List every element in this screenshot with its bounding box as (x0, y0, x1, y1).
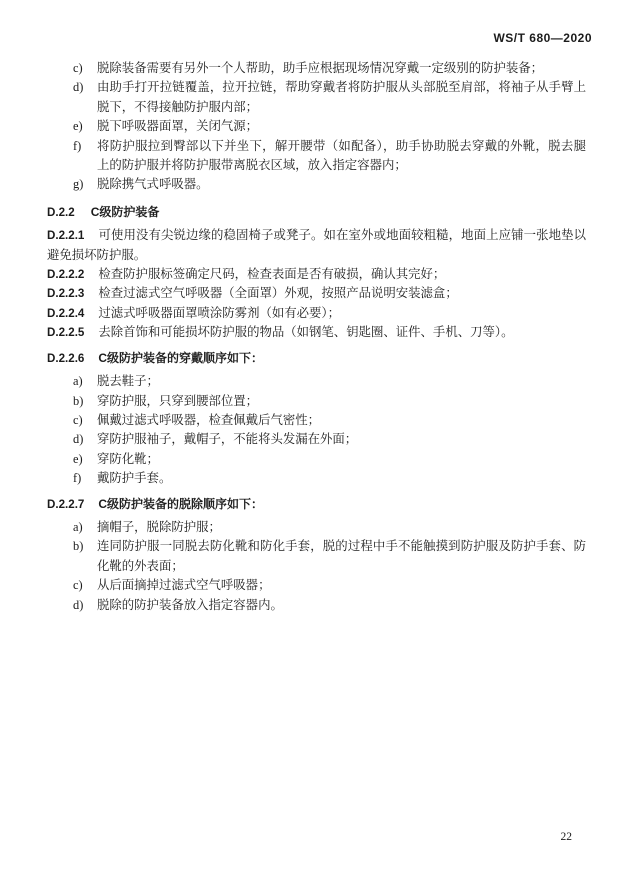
clause-text: 检查过滤式空气呼吸器（全面罩）外观，按照产品说明安装滤盒； (98, 286, 457, 300)
clause-number: D.2.2.1 (47, 229, 84, 242)
list-item: b) 穿防护服，只穿到腰部位置； (47, 392, 586, 411)
list-item-label: d) (73, 596, 83, 615)
donning-steps-list: a) 脱去鞋子； b) 穿防护服，只穿到腰部位置； c) 佩戴过滤式呼吸器，检查… (47, 372, 586, 488)
list-item-text: 脱除装备需要有另外一个人帮助，助手应根据现场情况穿戴一定级别的防护装备； (97, 61, 543, 75)
list-item-text: 穿防护服，只穿到腰部位置； (97, 394, 258, 408)
list-item: d) 脱除的防护装备放入指定容器内。 (47, 596, 586, 615)
clause-paragraph: D.2.2.1可使用没有尖锐边缘的稳固椅子或凳子。如在室外或地面较粗糙，地面上应… (47, 226, 586, 265)
list-item-label: f) (73, 469, 81, 488)
clause-paragraph: D.2.2.3检查过滤式空气呼吸器（全面罩）外观，按照产品说明安装滤盒； (47, 284, 586, 303)
list-item-text: 戴防护手套。 (97, 471, 171, 485)
list-item-text: 脱除的防护装备放入指定容器内。 (97, 598, 283, 612)
list-item: a) 摘帽子，脱除防护服； (47, 518, 586, 537)
list-item-label: c) (73, 411, 83, 430)
standard-code-header: WS/T 680—2020 (493, 31, 592, 45)
clause-text: 检查防护服标签确定尺码，检查表面是否有破损，确认其完好； (98, 267, 445, 281)
list-item-text: 脱除携气式呼吸器。 (97, 177, 209, 191)
list-item: c) 脱除装备需要有另外一个人帮助，助手应根据现场情况穿戴一定级别的防护装备； (47, 59, 586, 78)
clause-text: 过滤式呼吸器面罩喷涂防雾剂（如有必要）； (98, 306, 340, 320)
list-item: e) 穿防化靴； (47, 450, 586, 469)
list-item: f) 戴防护手套。 (47, 469, 586, 488)
clause-number: D.2.2.3 (47, 287, 84, 300)
clause-text: 去除首饰和可能损坏防护服的物品（如钢笔、钥匙圈、证件、手机、刀等）。 (98, 325, 513, 339)
doffing-steps-list-b: c) 脱除装备需要有另外一个人帮助，助手应根据现场情况穿戴一定级别的防护装备； … (47, 59, 586, 195)
section-heading-d226: D.2.2.6C级防护装备的穿戴顺序如下： (47, 349, 586, 368)
list-item-text: 穿防化靴； (97, 452, 159, 466)
list-item-text: 脱去鞋子； (97, 374, 159, 388)
list-item: b) 连同防护服一同脱去防化靴和防化手套，脱的过程中手不能触摸到防护服及防护手套… (47, 537, 586, 576)
section-number: D.2.2 (47, 206, 75, 219)
doffing-steps-list-c: a) 摘帽子，脱除防护服； b) 连同防护服一同脱去防化靴和防化手套，脱的过程中… (47, 518, 586, 615)
list-item-text: 穿防护服袖子，戴帽子，不能将头发漏在外面； (97, 432, 357, 446)
list-item-text: 将防护服拉到臀部以下并坐下，解开腰带（如配备），助手协助脱去穿戴的外靴，脱去腿上… (97, 139, 586, 172)
section-heading-d22: D.2.2C级防护装备 (47, 203, 586, 222)
list-item-label: e) (73, 117, 83, 136)
list-item-label: b) (73, 537, 83, 556)
section-heading-d227: D.2.2.7C级防护装备的脱除顺序如下： (47, 495, 586, 514)
list-item: d) 由助手打开拉链覆盖，拉开拉链，帮助穿戴者将防护服从头部脱至肩部，将袖子从手… (47, 78, 586, 117)
list-item: f) 将防护服拉到臀部以下并坐下，解开腰带（如配备），助手协助脱去穿戴的外靴，脱… (47, 137, 586, 176)
list-item-label: f) (73, 137, 81, 156)
clause-paragraph: D.2.2.4过滤式呼吸器面罩喷涂防雾剂（如有必要）； (47, 304, 586, 323)
list-item-text: 由助手打开拉链覆盖，拉开拉链，帮助穿戴者将防护服从头部脱至肩部，将袖子从手臂上脱… (97, 80, 586, 113)
list-item: a) 脱去鞋子； (47, 372, 586, 391)
list-item: c) 佩戴过滤式呼吸器，检查佩戴后气密性； (47, 411, 586, 430)
list-item-label: d) (73, 430, 83, 449)
clause-number: D.2.2.4 (47, 307, 84, 320)
clause-number: D.2.2.2 (47, 268, 84, 281)
list-item-label: c) (73, 576, 83, 595)
list-item: g) 脱除携气式呼吸器。 (47, 175, 586, 194)
page-number: 22 (561, 831, 573, 843)
list-item-label: a) (73, 518, 83, 537)
list-item-text: 连同防护服一同脱去防化靴和防化手套，脱的过程中手不能触摸到防护服及防护手套、防化… (97, 539, 586, 572)
section-title: C级防护装备的穿戴顺序如下： (98, 351, 263, 365)
section-title: C级防护装备 (91, 205, 160, 219)
list-item-label: g) (73, 175, 83, 194)
list-item-text: 从后面摘掉过滤式空气呼吸器； (97, 578, 270, 592)
list-item-text: 脱下呼吸器面罩，关闭气源； (97, 119, 258, 133)
section-number: D.2.2.7 (47, 498, 84, 511)
document-page: WS/T 680—2020 c) 脱除装备需要有另外一个人帮助，助手应根据现场情… (0, 0, 631, 875)
list-item-label: b) (73, 392, 83, 411)
section-number: D.2.2.6 (47, 352, 84, 365)
list-item-label: a) (73, 372, 83, 391)
clause-paragraph: D.2.2.5去除首饰和可能损坏防护服的物品（如钢笔、钥匙圈、证件、手机、刀等）… (47, 323, 586, 342)
list-item-label: c) (73, 59, 83, 78)
section-title: C级防护装备的脱除顺序如下： (98, 497, 263, 511)
list-item-text: 摘帽子，脱除防护服； (97, 520, 221, 534)
list-item-text: 佩戴过滤式呼吸器，检查佩戴后气密性； (97, 413, 320, 427)
list-item: e) 脱下呼吸器面罩，关闭气源； (47, 117, 586, 136)
clause-text: 可使用没有尖锐边缘的稳固椅子或凳子。如在室外或地面较粗糙，地面上应铺一张地垫以避… (47, 228, 586, 261)
list-item: d) 穿防护服袖子，戴帽子，不能将头发漏在外面； (47, 430, 586, 449)
list-item-label: e) (73, 450, 83, 469)
clause-number: D.2.2.5 (47, 326, 84, 339)
list-item-label: d) (73, 78, 83, 97)
clause-paragraph: D.2.2.2检查防护服标签确定尺码，检查表面是否有破损，确认其完好； (47, 265, 586, 284)
document-content: c) 脱除装备需要有另外一个人帮助，助手应根据现场情况穿戴一定级别的防护装备； … (47, 59, 586, 615)
list-item: c) 从后面摘掉过滤式空气呼吸器； (47, 576, 586, 595)
